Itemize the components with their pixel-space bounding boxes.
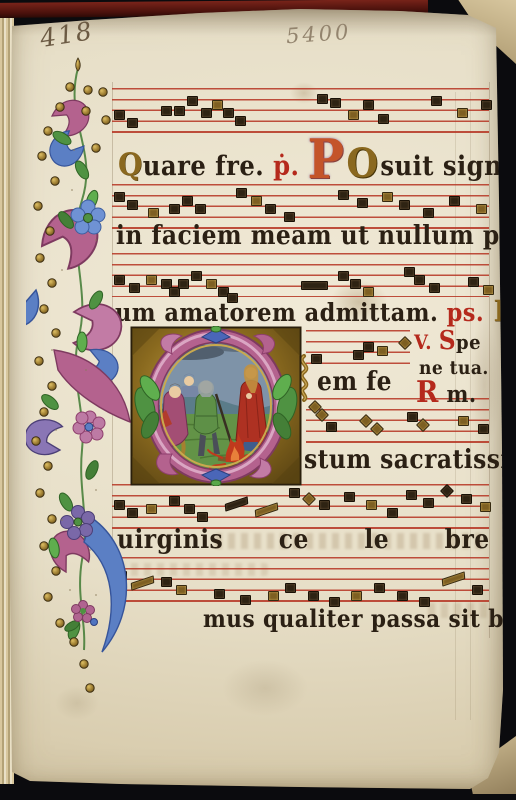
neume [442,571,466,587]
neume [357,198,368,208]
neume [348,110,359,120]
neume [382,192,393,202]
neume [338,190,349,200]
neume [319,500,330,510]
neume [174,106,185,116]
chant-text-line-6: mus qualiter passa sit be [203,607,516,631]
text-segment: em fe [317,367,392,397]
neume [414,275,425,285]
neume [344,492,355,502]
neume [330,98,341,108]
chant-text-line-5: uirginiscelebre [117,527,490,553]
text-segment: um amatorem admittam. [115,298,438,327]
text-segment: S [439,326,456,356]
neume [449,196,460,206]
folio-number: 418 [38,16,96,53]
neume [406,490,417,500]
neume [187,96,198,106]
music-staff [112,88,489,133]
neume [206,279,217,289]
neume [363,100,374,110]
acanthus-curls [26,97,130,652]
neume [472,585,483,595]
text-segment: D [484,294,516,328]
neume [161,106,172,116]
neume [374,583,385,593]
neume [399,200,410,210]
neume [476,204,487,214]
neume [338,271,349,281]
gold-teardrop [76,58,81,71]
neume [169,496,180,506]
neume [423,498,434,508]
chant-text-line-1: Quare fre. ṗ.POsuit signum [118,138,516,182]
music-staff [112,484,489,529]
neume [468,277,479,287]
chant-text-line-2: in faciem meam ut nullum preter e [116,223,516,249]
neume [289,488,300,498]
neume [235,116,246,126]
neume [308,591,319,601]
border-flower-pink [73,411,105,443]
text-segment: ṗ. [264,151,299,182]
neume [225,496,249,512]
versicle-incipit: V. Spe [414,328,481,354]
neume [478,424,489,434]
neume [182,196,193,206]
text-segment: ps. [438,298,484,327]
neume [214,589,225,599]
neume [148,208,159,218]
response-mark: R m. [416,378,476,408]
neume [377,346,388,356]
neume [461,494,472,504]
neume [265,204,276,214]
neume [429,283,440,293]
neume [195,204,206,214]
neume [363,287,374,297]
text-segment: le [364,527,389,553]
border-flower-blue [71,200,105,234]
chant-text-line-diem: em fe [317,369,392,395]
neume [366,500,377,510]
neume [178,279,189,289]
text-segment: ce [279,527,309,553]
neume [370,422,384,436]
text-segment: stum sacratissime [304,445,516,475]
neume [285,583,296,593]
neume [302,492,316,506]
neume [457,108,468,118]
neume [353,350,364,360]
chant-text-line-4: stum sacratissime [304,447,516,473]
neume [326,422,337,432]
neume [423,208,434,218]
neume [378,114,389,124]
neume [223,108,234,118]
chant-text-line-3: um amatorem admittam. ps. Do qo. [115,297,516,326]
text-segment: R [416,375,439,410]
text-segment: m. [439,381,477,408]
neume [251,196,262,206]
neume [176,585,187,595]
floral-border [26,50,148,700]
music-staff [306,330,410,364]
text-segment: bre [445,527,490,553]
illuminated-initial-d [130,326,302,486]
stain [222,660,308,716]
neume [191,271,202,281]
neume [363,342,374,352]
neume [161,577,172,587]
parchment-page: 418 5400 Quare fre. ṗ.POsuit signum in f… [0,0,516,800]
neume [397,591,408,601]
neume [440,484,454,498]
text-segment: in faciem meam ut nullum preter e [116,221,516,251]
text-segment: mus qualiter passa sit be [203,604,516,633]
neume [268,591,279,601]
neume [212,100,223,110]
text-segment: V. [414,330,439,354]
music-staff [112,253,489,297]
shelfmark-number: 5400 [285,20,352,49]
neume [480,502,491,512]
neume [350,279,361,289]
neume [184,504,195,514]
neume [317,94,328,104]
neume [301,281,328,290]
neume [431,96,442,106]
neume [169,204,180,214]
neume [351,591,362,601]
neume [255,502,279,518]
text-segment: pe [456,330,481,354]
neume [458,416,469,426]
neume [197,512,208,522]
manuscript-photo: 418 5400 Quare fre. ṗ.POsuit signum in f… [0,0,516,800]
text-segment: suit signum [380,151,516,182]
neume [481,100,492,110]
text-segment: O [346,139,378,187]
music-staff [112,557,489,602]
neume [407,412,418,422]
neume [201,108,212,118]
text-segment: P [308,127,345,191]
neume [236,188,247,198]
neume [387,508,398,518]
neume [416,418,430,432]
text-segment: uare fre. [143,151,264,182]
neume [398,336,412,350]
neume [359,414,373,428]
